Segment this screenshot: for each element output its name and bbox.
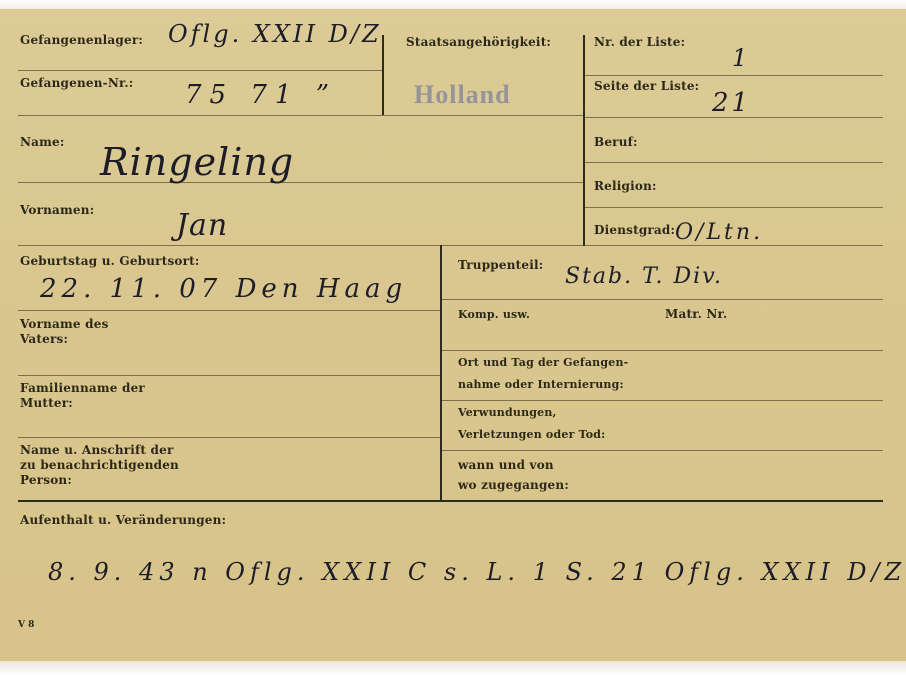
divider-nationality-left [382,35,384,115]
label-camp: Gefangenenlager: [20,33,143,48]
value-birth: 22. 11. 07 Den Haag [40,274,407,304]
rule-religion [585,207,883,208]
rule-birth [18,310,440,311]
label-mother-surname: Familienname der Mutter: [20,381,145,411]
rule-occupation [585,162,883,163]
value-unit: Stab. T. Div. [565,264,723,289]
rule-number [18,115,584,116]
rule-camp [18,70,383,71]
form-code: V 8 [18,620,34,630]
rule-firstname [18,245,883,246]
divider-middle [440,245,442,501]
value-list-page: 21 [712,88,751,118]
value-nationality-stamp: Holland [414,80,511,110]
rule-bottom-thick [18,500,883,502]
divider-right-column [583,35,585,246]
label-father-first-name: Vorname des Vaters: [20,317,109,347]
rule-list-number [585,75,883,76]
label-arrival: wann und von wo zugegangen: [458,455,569,495]
label-birth: Geburtstag u. Geburtsort: [20,254,200,269]
label-prisoner-number: Gefangenen-Nr.: [20,76,133,91]
label-nationality: Staatsangehörigkeit: [406,35,551,50]
rule-wounds [442,450,883,451]
scan-bottom-edge [0,661,906,676]
label-list-page: Seite der Liste: [594,79,699,94]
label-religion: Religion: [594,179,657,194]
label-capture-place-date: Ort und Tag der Gefangen- nahme oder Int… [458,352,628,396]
label-service-number: Matr. Nr. [665,307,727,322]
value-rank: O/Ltn. [675,220,763,245]
rule-unit [442,299,883,300]
label-company: Komp. usw. [458,307,530,322]
value-prisoner-number: 75 71 ” [185,80,337,110]
value-movements: 8. 9. 43 n Oflg. XXII C s. L. 1 S. 21 Of… [48,558,906,586]
rule-company [442,350,883,351]
label-unit: Truppenteil: [458,258,543,273]
label-rank: Dienstgrad: [594,223,675,238]
label-notify-person: Name u. Anschrift der zu benachrichtigen… [20,443,179,488]
label-list-number: Nr. der Liste: [594,35,685,50]
rule-father [18,375,440,376]
label-first-names: Vornamen: [20,203,94,218]
value-name: Ringeling [100,140,294,184]
value-camp: Oflg. XXII D/Z [168,20,382,48]
rule-mother [18,437,440,438]
value-list-number: 1 [732,44,750,72]
rule-capture [442,400,883,401]
value-first-names: Jan [176,208,228,243]
label-occupation: Beruf: [594,135,638,150]
label-movements: Aufenthalt u. Veränderungen: [20,513,226,528]
label-name: Name: [20,135,65,150]
label-wounds: Verwundungen, Verletzungen oder Tod: [458,402,605,446]
